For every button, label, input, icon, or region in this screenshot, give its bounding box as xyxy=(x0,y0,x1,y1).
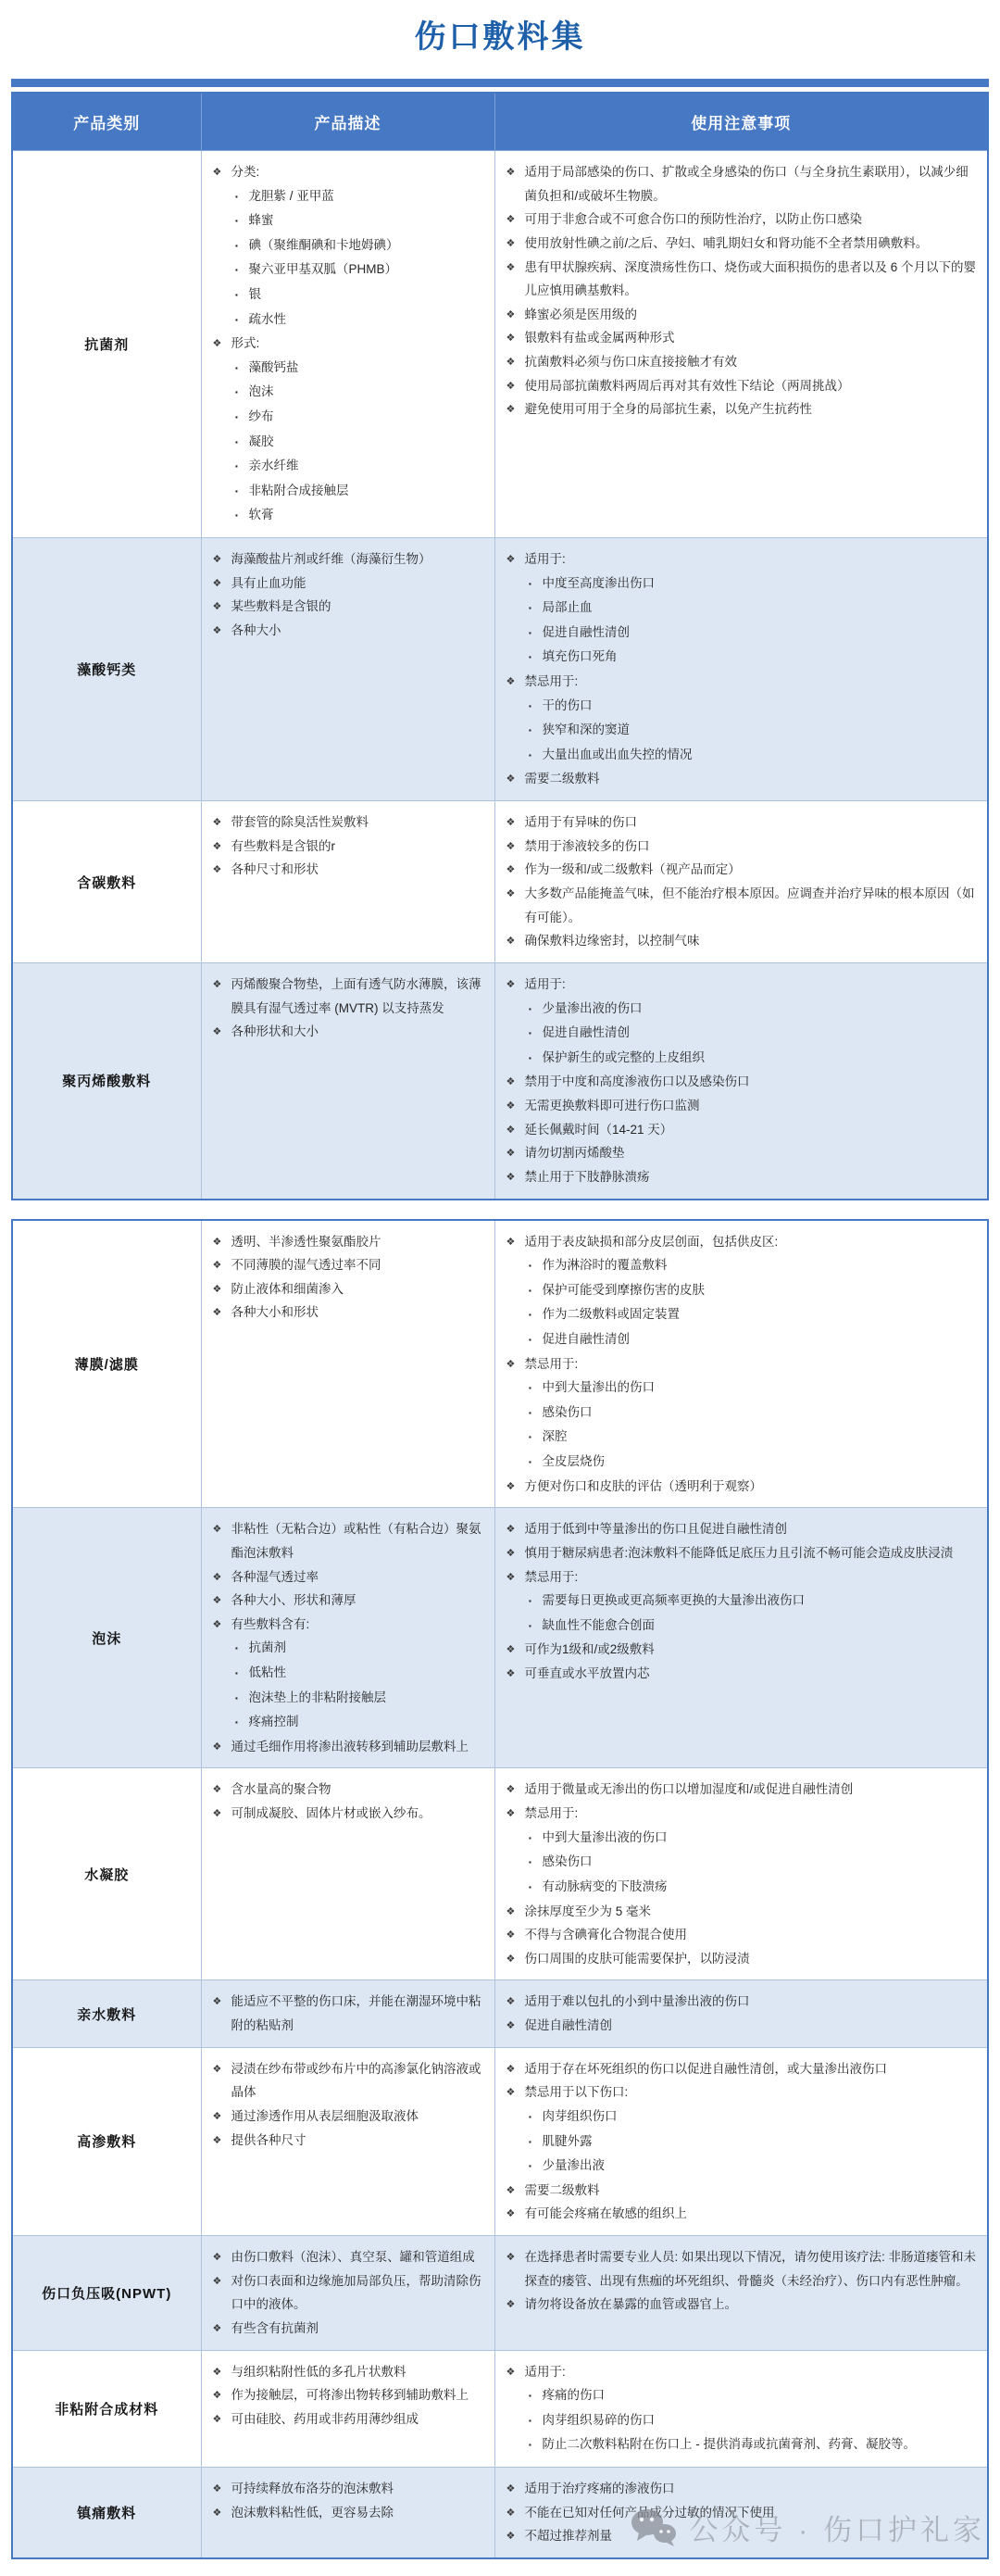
bullet-item: ·感染伤口 xyxy=(506,1401,979,1426)
bullet-item: ❖防止液体和细菌渗入 xyxy=(213,1277,485,1301)
description-cell: ❖由伤口敷料（泡沫）、真空泵、罐和管道组成❖对伤口表面和边缘施加局部负压，帮助清… xyxy=(201,2236,494,2351)
diamond-bullet-icon: ❖ xyxy=(506,1990,525,2012)
bullet-item: ·作为二级敷料或固定装置 xyxy=(506,1302,979,1327)
bullet-text: 带套管的除臭活性炭敷料 xyxy=(231,810,485,835)
bullet-item: ❖对伤口表面和边缘施加局部负压，帮助清除伤口中的液体。 xyxy=(213,2269,485,2317)
bullet-item: ❖伤口周围的皮肤可能需要保护，以防浸渍 xyxy=(506,1947,979,1971)
bullet-item: ·疼痛控制 xyxy=(213,1710,485,1735)
bullet-item: ❖大多数产品能掩盖气味，但不能治疗根本原因。应调查并治疗异味的根本原因（如有可能… xyxy=(506,882,979,929)
dot-bullet-icon: · xyxy=(235,1686,249,1711)
diamond-bullet-icon: ❖ xyxy=(506,1352,525,1375)
bullet-item: ❖形式: xyxy=(213,332,485,356)
table-row: 伤口负压吸(NPWT)❖由伤口敷料（泡沫）、真空泵、罐和管道组成❖对伤口表面和边… xyxy=(12,2236,988,2351)
table-row: 亲水敷料❖能适应不平整的伤口床，并能在潮湿环境中粘附的粘贴剂❖适用于难以包扎的小… xyxy=(12,1980,988,2047)
bullet-item: ·泡沫 xyxy=(213,380,485,405)
bullet-text: 通过毛细作用将渗出液转移到辅助层敷料上 xyxy=(231,1735,485,1759)
diamond-bullet-icon: ❖ xyxy=(506,1541,525,1564)
bullet-item: ❖禁忌用于: xyxy=(506,1565,979,1590)
dot-bullet-icon: · xyxy=(529,1589,543,1614)
bullet-item: ❖各种大小、形状和薄厚 xyxy=(213,1589,485,1613)
bullet-item: ·纱布 xyxy=(213,405,485,430)
dot-bullet-icon: · xyxy=(529,2432,543,2457)
bullet-text: 有动脉病变的下肢溃疡 xyxy=(543,1875,979,1899)
bullet-text: 填充伤口死角 xyxy=(543,645,979,669)
bullet-item: ❖方便对伤口和皮肤的评估（透明利于观察） xyxy=(506,1475,979,1499)
bullet-text: 少量渗出液 xyxy=(543,2154,979,2178)
diamond-bullet-icon: ❖ xyxy=(506,232,525,254)
bullet-item: ❖适用于治疗疼痛的渗液伤口 xyxy=(506,2477,979,2501)
bullet-text: 有些敷料含有: xyxy=(231,1613,485,1637)
bullet-text: 禁用于中度和高度渗液伤口以及感染伤口 xyxy=(525,1070,979,1094)
diamond-bullet-icon: ❖ xyxy=(213,2129,231,2151)
bullet-item: ❖避免使用可用于全身的局部抗生素，以免产生抗药性 xyxy=(506,397,979,421)
table-row: 藻酸钙类❖海藻酸盐片剂或纤维（海藻衍生物）❖具有止血功能❖某些敷料是含银的❖各种… xyxy=(12,538,988,801)
bullet-text: 缺血性不能愈合创面 xyxy=(543,1614,979,1638)
dot-bullet-icon: · xyxy=(529,1401,543,1426)
notes-cell: ❖适用于表皮缺损和部分皮层创面，包括供皮区:·作为淋浴时的覆盖敷料·保护可能受到… xyxy=(494,1220,988,1508)
diamond-bullet-icon: ❖ xyxy=(506,1565,525,1588)
header-row: 产品类别 产品描述 使用注意事项 xyxy=(12,93,988,151)
bullet-item: ❖需要二级敷料 xyxy=(506,767,979,791)
bullet-item: ·肌腱外露 xyxy=(506,2130,979,2155)
notes-cell: ❖适用于:·少量渗出液的伤口·促进自融性清创·保护新生的或完整的上皮组织❖禁用于… xyxy=(494,962,988,1199)
bullet-text: 碘（聚维酮碘和卡地姆碘） xyxy=(249,233,485,258)
page: 伤口敷料集 产品类别 产品描述 使用注意事项 抗菌剂❖分类:·龙胆紫 / 亚甲蓝… xyxy=(0,0,1000,2576)
diamond-bullet-icon: ❖ xyxy=(506,397,525,420)
dot-bullet-icon: · xyxy=(235,258,249,283)
bullet-item: ❖各种尺寸和形状 xyxy=(213,858,485,882)
bullet-item: ❖适用于微量或无渗出的伤口以增加湿度和/或促进自融性清创 xyxy=(506,1778,979,1802)
category-cell: 含碳敷料 xyxy=(12,801,201,963)
bullet-item: ❖可作为1级和/或2级敷料 xyxy=(506,1638,979,1662)
bullet-item: ·狭窄和深的窦道 xyxy=(506,718,979,743)
diamond-bullet-icon: ❖ xyxy=(506,767,525,789)
dot-bullet-icon: · xyxy=(529,694,543,719)
notes-cell: ❖适用于微量或无渗出的伤口以增加湿度和/或促进自融性清创❖禁忌用于:·中到大量渗… xyxy=(494,1768,988,1980)
bullet-text: 作为接触层，可将渗出物转移到辅助敷料上 xyxy=(231,2383,485,2407)
table-header: 产品类别 产品描述 使用注意事项 xyxy=(12,93,988,151)
bullet-text: 有可能会疼痛在敏感的组织上 xyxy=(525,2202,979,2226)
description-cell: ❖可持续释放布洛芬的泡沫敷料❖泡沫敷料粘性低，更容易去除 xyxy=(201,2468,494,2558)
category-cell: 非粘附合成材料 xyxy=(12,2350,201,2467)
diamond-bullet-icon: ❖ xyxy=(213,810,231,833)
diamond-bullet-icon: ❖ xyxy=(506,1947,525,1969)
bullet-text: 大多数产品能掩盖气味，但不能治疗根本原因。应调查并治疗异味的根本原因（如有可能）… xyxy=(525,882,979,929)
bullet-item: ·中度至高度渗出伤口 xyxy=(506,572,979,597)
dot-bullet-icon: · xyxy=(529,743,543,768)
bullet-text: 不能在已知对任何产品成分过敏的情况下使用 xyxy=(525,2501,979,2525)
diamond-bullet-icon: ❖ xyxy=(213,2105,231,2127)
header-cell-description: 产品描述 xyxy=(201,93,494,151)
dot-bullet-icon: · xyxy=(529,1327,543,1352)
bullet-item: ❖有些敷料含有: xyxy=(213,1613,485,1637)
diamond-bullet-icon: ❖ xyxy=(506,256,525,278)
bullet-text: 禁忌用于以下伤口: xyxy=(525,2080,979,2105)
bullet-item: ·保护新生的或完整的上皮组织 xyxy=(506,1046,979,1071)
dot-bullet-icon: · xyxy=(529,1253,543,1278)
bullet-text: 可垂直或水平放置内芯 xyxy=(525,1662,979,1686)
table-row: 泡沫❖非粘性（无粘合边）或粘性（有粘合边）聚氨酯泡沫敷料❖各种湿气透过率❖各种大… xyxy=(12,1508,988,1768)
bullet-text: 促进自融性清创 xyxy=(543,1021,979,1045)
dot-bullet-icon: · xyxy=(235,283,249,308)
bullet-item: ❖可垂直或水平放置内芯 xyxy=(506,1662,979,1686)
bullet-text: 全皮层烧伤 xyxy=(543,1450,979,1474)
diamond-bullet-icon: ❖ xyxy=(506,1141,525,1163)
diamond-bullet-icon: ❖ xyxy=(213,2317,231,2339)
diamond-bullet-icon: ❖ xyxy=(506,2202,525,2224)
bullet-text: 禁忌用于: xyxy=(525,1565,979,1590)
dressing-table-0: 产品类别 产品描述 使用注意事项 抗菌剂❖分类:·龙胆紫 / 亚甲蓝·蜂蜜·碘（… xyxy=(11,92,989,1200)
bullet-text: 各种大小和形状 xyxy=(231,1301,485,1325)
bullet-text: 适用于难以包扎的小到中量渗出液的伤口 xyxy=(525,1990,979,2014)
bullet-item: ·促进自融性清创 xyxy=(506,621,979,646)
bullet-text: 保护新生的或完整的上皮组织 xyxy=(543,1046,979,1070)
diamond-bullet-icon: ❖ xyxy=(506,1517,525,1539)
diamond-bullet-icon: ❖ xyxy=(213,1277,231,1300)
bullet-text: 伤口周围的皮肤可能需要保护，以防浸渍 xyxy=(525,1947,979,1971)
bullet-item: ❖分类: xyxy=(213,160,485,184)
bullet-item: ·软膏 xyxy=(213,503,485,528)
dot-bullet-icon: · xyxy=(529,2154,543,2179)
diamond-bullet-icon: ❖ xyxy=(506,835,525,857)
bullet-text: 具有止血功能 xyxy=(231,572,485,596)
bullet-text: 疼痛控制 xyxy=(249,1710,485,1734)
bullet-item: ❖可用于非愈合或不可愈合伤口的预防性治疗，以防止伤口感染 xyxy=(506,207,979,232)
bullet-item: ❖各种形状和大小 xyxy=(213,1020,485,1044)
diamond-bullet-icon: ❖ xyxy=(213,1020,231,1042)
bullet-item: ❖银敷料有盐或金属两种形式 xyxy=(506,326,979,350)
bullet-text: 请勿将设备放在暴露的血管或器官上。 xyxy=(525,2293,979,2317)
bullet-item: ❖各种大小和形状 xyxy=(213,1301,485,1325)
diamond-bullet-icon: ❖ xyxy=(506,1662,525,1684)
diamond-bullet-icon: ❖ xyxy=(213,1517,231,1539)
diamond-bullet-icon: ❖ xyxy=(506,2293,525,2315)
bullet-item: ❖禁忌用于: xyxy=(506,1352,979,1376)
bullet-text: 禁忌用于: xyxy=(525,1352,979,1376)
bullet-item: ·低粘性 xyxy=(213,1661,485,1686)
bullet-text: 适用于表皮缺损和部分皮层创面，包括供皮区: xyxy=(525,1230,979,1254)
bullet-item: ❖禁忌用于: xyxy=(506,670,979,694)
diamond-bullet-icon: ❖ xyxy=(213,1565,231,1588)
bullet-text: 不同薄膜的湿气透过率不同 xyxy=(231,1253,485,1277)
diamond-bullet-icon: ❖ xyxy=(506,350,525,372)
bullet-text: 适用于: xyxy=(525,973,979,997)
diamond-bullet-icon: ❖ xyxy=(506,973,525,995)
bullet-item: ·抗菌剂 xyxy=(213,1636,485,1661)
diamond-bullet-icon: ❖ xyxy=(506,1475,525,1497)
diamond-bullet-icon: ❖ xyxy=(213,2383,231,2406)
diamond-bullet-icon: ❖ xyxy=(213,1230,231,1252)
category-cell: 薄膜/滤膜 xyxy=(12,1220,201,1508)
bullet-text: 禁忌用于: xyxy=(525,1802,979,1826)
bullet-text: 泡沫敷料粘性低，更容易去除 xyxy=(231,2501,485,2525)
diamond-bullet-icon: ❖ xyxy=(506,882,525,904)
bullet-text: 延长佩戴时间（14-21 天） xyxy=(525,1118,979,1142)
diamond-bullet-icon: ❖ xyxy=(506,2524,525,2546)
dot-bullet-icon: · xyxy=(235,1661,249,1686)
bullet-text: 低粘性 xyxy=(249,1661,485,1685)
dot-bullet-icon: · xyxy=(529,1425,543,1450)
bullet-item: ·需要每日更换或更高频率更换的大量渗出液伤口 xyxy=(506,1589,979,1614)
notes-cell: ❖适用于局部感染的伤口、扩散或全身感染的伤口（与全身抗生素联用），以减少细菌负担… xyxy=(494,151,988,538)
bullet-text: 避免使用可用于全身的局部抗生素，以免产生抗药性 xyxy=(525,397,979,421)
bullet-text: 由伤口敷料（泡沫）、真空泵、罐和管道组成 xyxy=(231,2245,485,2269)
description-cell: ❖含水量高的聚合物❖可制成凝胶、固体片材或嵌入纱布。 xyxy=(201,1768,494,1980)
table-section-gap xyxy=(11,1200,989,1219)
bullet-text: 感染伤口 xyxy=(543,1850,979,1874)
bullet-item: ·有动脉病变的下肢溃疡 xyxy=(506,1875,979,1900)
dot-bullet-icon: · xyxy=(529,572,543,597)
bullet-item: ·促进自融性清创 xyxy=(506,1327,979,1352)
bullet-item: ·泡沫垫上的非粘附接触层 xyxy=(213,1686,485,1711)
dot-bullet-icon: · xyxy=(529,997,543,1022)
dot-bullet-icon: · xyxy=(235,454,249,479)
bullet-item: ❖不超过推荐剂量 xyxy=(506,2524,979,2548)
bullet-item: ·中到大量渗出的伤口 xyxy=(506,1376,979,1401)
table-row: 含碳敷料❖带套管的除臭活性炭敷料❖有些敷料是含银的r❖各种尺寸和形状❖适用于有异… xyxy=(12,801,988,963)
diamond-bullet-icon: ❖ xyxy=(213,1613,231,1635)
diamond-bullet-icon: ❖ xyxy=(506,2245,525,2268)
bullet-text: 某些敷料是含银的 xyxy=(231,595,485,619)
bullet-item: ❖作为接触层，可将渗出物转移到辅助敷料上 xyxy=(213,2383,485,2407)
diamond-bullet-icon: ❖ xyxy=(213,595,231,617)
bullet-text: 各种形状和大小 xyxy=(231,1020,485,1044)
bullet-item: ❖禁忌用于: xyxy=(506,1802,979,1826)
dot-bullet-icon: · xyxy=(529,645,543,670)
dot-bullet-icon: · xyxy=(235,503,249,528)
bullet-text: 各种湿气透过率 xyxy=(231,1565,485,1590)
bullet-item: ❖适用于低到中等量渗出的伤口且促进自融性清创 xyxy=(506,1517,979,1541)
bullet-text: 可持续释放布洛芬的泡沫敷料 xyxy=(231,2477,485,2501)
diamond-bullet-icon: ❖ xyxy=(506,2179,525,2201)
bullet-item: ·非粘附合成接触层 xyxy=(213,479,485,504)
dot-bullet-icon: · xyxy=(529,1875,543,1900)
bullet-item: ·干的伤口 xyxy=(506,694,979,719)
dot-bullet-icon: · xyxy=(529,596,543,621)
bullet-text: 抗菌敷料必须与伤口床直接接触才有效 xyxy=(525,350,979,374)
dot-bullet-icon: · xyxy=(235,430,249,455)
bullet-text: 禁忌用于: xyxy=(525,670,979,694)
bullet-item: ❖适用于: xyxy=(506,2360,979,2384)
bullet-text: 纱布 xyxy=(249,405,485,429)
bullet-item: ❖适用于: xyxy=(506,973,979,997)
diamond-bullet-icon: ❖ xyxy=(213,2245,231,2268)
bullet-text: 亲水纤维 xyxy=(249,454,485,478)
bullet-item: ❖丙烯酸聚合物垫，上面有透气防水薄膜，该薄膜具有湿气透过率 (MVTR) 以支持… xyxy=(213,973,485,1020)
diamond-bullet-icon: ❖ xyxy=(506,2477,525,2499)
notes-cell: ❖适用于治疗疼痛的渗液伤口❖不能在已知对任何产品成分过敏的情况下使用❖不超过推荐… xyxy=(494,2468,988,2558)
category-cell: 镇痛敷料 xyxy=(12,2468,201,2558)
dressing-table-1: 薄膜/滤膜❖透明、半渗透性聚氨酯胶片❖不同薄膜的湿气透过率不同❖防止液体和细菌渗… xyxy=(11,1219,989,2559)
bullet-item: ·缺血性不能愈合创面 xyxy=(506,1614,979,1639)
diamond-bullet-icon: ❖ xyxy=(213,1778,231,1800)
bullet-item: ❖有些含有抗菌剂 xyxy=(213,2317,485,2341)
diamond-bullet-icon: ❖ xyxy=(506,1230,525,1252)
dot-bullet-icon: · xyxy=(235,380,249,405)
dot-bullet-icon: · xyxy=(529,1450,543,1475)
bullet-text: 龙胆紫 / 亚甲蓝 xyxy=(249,184,485,208)
bullet-item: ·深腔 xyxy=(506,1425,979,1450)
diamond-bullet-icon: ❖ xyxy=(506,1638,525,1660)
bullet-item: ❖海藻酸盐片剂或纤维（海藻衍生物） xyxy=(213,547,485,572)
bullet-text: 丙烯酸聚合物垫，上面有透气防水薄膜，该薄膜具有湿气透过率 (MVTR) 以支持蒸… xyxy=(231,973,485,1020)
diamond-bullet-icon: ❖ xyxy=(506,326,525,348)
bullet-text: 方便对伤口和皮肤的评估（透明利于观察） xyxy=(525,1475,979,1499)
bullet-item: ❖适用于存在坏死组织的伤口以促进自融性清创，或大量渗出液伤口 xyxy=(506,2057,979,2081)
bullet-text: 局部止血 xyxy=(543,596,979,620)
bullet-item: ·肉芽组织伤口 xyxy=(506,2105,979,2130)
bullet-text: 患有甲状腺疾病、深度溃疡性伤口、烧伤或大面积损伤的患者以及 6 个月以下的婴儿应… xyxy=(525,256,979,303)
diamond-bullet-icon: ❖ xyxy=(213,2360,231,2382)
category-cell: 水凝胶 xyxy=(12,1768,201,1980)
bullet-item: ❖不能在已知对任何产品成分过敏的情况下使用 xyxy=(506,2501,979,2525)
table-row: 高渗敷料❖浸渍在纱布带或纱布片中的高渗氯化钠溶液或晶体❖通过渗透作用从表层细胞汲… xyxy=(12,2047,988,2235)
category-cell: 高渗敷料 xyxy=(12,2047,201,2235)
diamond-bullet-icon: ❖ xyxy=(213,2269,231,2292)
bullet-text: 疏水性 xyxy=(249,308,485,332)
header-cell-category: 产品类别 xyxy=(12,93,201,151)
diamond-bullet-icon: ❖ xyxy=(213,973,231,995)
bullet-text: 使用局部抗菌敷料两周后再对其有效性下结论（两周挑战） xyxy=(525,374,979,398)
dot-bullet-icon: · xyxy=(235,479,249,504)
bullet-item: ·填充伤口死角 xyxy=(506,645,979,670)
bullet-item: ·疼痛的伤口 xyxy=(506,2383,979,2408)
notes-cell: ❖在选择患者时需要专业人员: 如果出现以下情况，请勿使用该疗法: 非肠道瘘管和未… xyxy=(494,2236,988,2351)
description-cell: ❖非粘性（无粘合边）或粘性（有粘合边）聚氨酯泡沫敷料❖各种湿气透过率❖各种大小、… xyxy=(201,1508,494,1768)
bullet-item: ❖通过渗透作用从表层细胞汲取液体 xyxy=(213,2105,485,2129)
bullet-text: 适用于治疗疼痛的渗液伤口 xyxy=(525,2477,979,2501)
category-cell: 亲水敷料 xyxy=(12,1980,201,2047)
dot-bullet-icon: · xyxy=(529,1826,543,1851)
bullet-text: 适用于有异味的伤口 xyxy=(525,810,979,835)
bullet-item: ❖禁止用于下肢静脉溃疡 xyxy=(506,1165,979,1189)
description-cell: ❖带套管的除臭活性炭敷料❖有些敷料是含银的r❖各种尺寸和形状 xyxy=(201,801,494,963)
bullet-text: 中到大量渗出的伤口 xyxy=(543,1376,979,1400)
bullet-text: 非粘附合成接触层 xyxy=(249,479,485,503)
notes-cell: ❖适用于低到中等量渗出的伤口且促进自融性清创❖慎用于糖尿病患者:泡沫敷料不能降低… xyxy=(494,1508,988,1768)
bullet-text: 抗菌剂 xyxy=(249,1636,485,1660)
bullet-item: ·全皮层烧伤 xyxy=(506,1450,979,1475)
bullet-item: ❖抗菌敷料必须与伤口床直接接触才有效 xyxy=(506,350,979,374)
bullet-item: ❖不同薄膜的湿气透过率不同 xyxy=(213,1253,485,1277)
diamond-bullet-icon: ❖ xyxy=(506,1900,525,1922)
bullet-text: 使用放射性碘之前/之后、孕妇、哺乳期妇女和肾功能不全者禁用碘敷料。 xyxy=(525,232,979,256)
bullet-item: ❖某些敷料是含银的 xyxy=(213,595,485,619)
bullet-text: 请勿切割丙烯酸垫 xyxy=(525,1141,979,1165)
bullet-text: 泡沫垫上的非粘附接触层 xyxy=(249,1686,485,1710)
notes-cell: ❖适用于:·中度至高度渗出伤口·局部止血·促进自融性清创·填充伤口死角❖禁忌用于… xyxy=(494,538,988,801)
description-cell: ❖透明、半渗透性聚氨酯胶片❖不同薄膜的湿气透过率不同❖防止液体和细菌渗入❖各种大… xyxy=(201,1220,494,1508)
diamond-bullet-icon: ❖ xyxy=(506,810,525,833)
bullet-text: 禁止用于下肢静脉溃疡 xyxy=(525,1165,979,1189)
bullet-text: 在选择患者时需要专业人员: 如果出现以下情况，请勿使用该疗法: 非肠道瘘管和未探… xyxy=(525,2245,979,2293)
diamond-bullet-icon: ❖ xyxy=(213,1253,231,1275)
bullet-text: 需要二级敷料 xyxy=(525,767,979,791)
diamond-bullet-icon: ❖ xyxy=(213,1301,231,1323)
bullet-text: 形式: xyxy=(231,332,485,356)
notes-cell: ❖适用于难以包扎的小到中量渗出液的伤口❖促进自融性清创 xyxy=(494,1980,988,2047)
dot-bullet-icon: · xyxy=(235,308,249,333)
bullet-text: 适用于微量或无渗出的伤口以增加湿度和/或促进自融性清创 xyxy=(525,1778,979,1802)
bullet-item: ·藻酸钙盐 xyxy=(213,356,485,381)
bullet-item: ·龙胆紫 / 亚甲蓝 xyxy=(213,184,485,209)
diamond-bullet-icon: ❖ xyxy=(213,2477,231,2499)
bullet-item: ❖可由硅胶、药用或非药用薄纱组成 xyxy=(213,2407,485,2431)
bullet-text: 中到大量渗出液的伤口 xyxy=(543,1826,979,1850)
bullet-item: ·聚六亚甲基双胍（PHMB） xyxy=(213,258,485,283)
table-row: 抗菌剂❖分类:·龙胆紫 / 亚甲蓝·蜂蜜·碘（聚维酮碘和卡地姆碘）·聚六亚甲基双… xyxy=(12,151,988,538)
bullet-text: 促进自融性清创 xyxy=(543,1327,979,1351)
diamond-bullet-icon: ❖ xyxy=(213,572,231,594)
bullet-text: 藻酸钙盐 xyxy=(249,356,485,380)
bullet-text: 有些含有抗菌剂 xyxy=(231,2317,485,2341)
bullet-text: 适用于低到中等量渗出的伤口且促进自融性清创 xyxy=(525,1517,979,1541)
diamond-bullet-icon: ❖ xyxy=(506,160,525,182)
bullet-text: 通过渗透作用从表层细胞汲取液体 xyxy=(231,2105,485,2129)
bullet-item: ·大量出血或出血失控的情况 xyxy=(506,743,979,768)
diamond-bullet-icon: ❖ xyxy=(506,2014,525,2036)
bullet-text: 提供各种尺寸 xyxy=(231,2129,485,2153)
description-cell: ❖与组织粘附性低的多孔片状敷料❖作为接触层，可将渗出物转移到辅助敷料上❖可由硅胶… xyxy=(201,2350,494,2467)
dot-bullet-icon: · xyxy=(529,2105,543,2130)
diamond-bullet-icon: ❖ xyxy=(506,1165,525,1187)
bullet-item: ❖使用放射性碘之前/之后、孕妇、哺乳期妇女和肾功能不全者禁用碘敷料。 xyxy=(506,232,979,256)
bullet-text: 蜂蜜必须是医用级的 xyxy=(525,303,979,327)
dot-bullet-icon: · xyxy=(529,2130,543,2155)
bullet-text: 浸渍在纱布带或纱布片中的高渗氯化钠溶液或晶体 xyxy=(231,2057,485,2105)
bullet-text: 含水量高的聚合物 xyxy=(231,1778,485,1802)
bullet-text: 海藻酸盐片剂或纤维（海藻衍生物） xyxy=(231,547,485,572)
bullet-item: ·肉芽组织易碎的伤口 xyxy=(506,2408,979,2433)
dot-bullet-icon: · xyxy=(529,1046,543,1071)
bullet-item: ❖各种湿气透过率 xyxy=(213,1565,485,1590)
description-cell: ❖丙烯酸聚合物垫，上面有透气防水薄膜，该薄膜具有湿气透过率 (MVTR) 以支持… xyxy=(201,962,494,1199)
bullet-text: 防止液体和细菌渗入 xyxy=(231,1277,485,1301)
bullet-text: 肌腱外露 xyxy=(543,2130,979,2154)
table-row: 镇痛敷料❖可持续释放布洛芬的泡沫敷料❖泡沫敷料粘性低，更容易去除❖适用于治疗疼痛… xyxy=(12,2468,988,2558)
diamond-bullet-icon: ❖ xyxy=(506,1118,525,1140)
bullet-text: 肉芽组织伤口 xyxy=(543,2105,979,2129)
diamond-bullet-icon: ❖ xyxy=(506,1070,525,1092)
category-cell: 伤口负压吸(NPWT) xyxy=(12,2236,201,2351)
dot-bullet-icon: · xyxy=(529,2383,543,2408)
bullet-item: ❖禁忌用于以下伤口: xyxy=(506,2080,979,2105)
diamond-bullet-icon: ❖ xyxy=(213,2057,231,2080)
bullet-item: ·凝胶 xyxy=(213,430,485,455)
bullet-text: 可由硅胶、药用或非药用薄纱组成 xyxy=(231,2407,485,2431)
bullet-item: ❖适用于难以包扎的小到中量渗出液的伤口 xyxy=(506,1990,979,2014)
bullet-item: ❖适用于有异味的伤口 xyxy=(506,810,979,835)
bullet-item: ❖请勿将设备放在暴露的血管或器官上。 xyxy=(506,2293,979,2317)
bullet-text: 需要每日更换或更高频率更换的大量渗出液伤口 xyxy=(543,1589,979,1613)
dot-bullet-icon: · xyxy=(235,233,249,258)
table-top-strip xyxy=(11,79,989,87)
bullet-item: ❖使用局部抗菌敷料两周后再对其有效性下结论（两周挑战） xyxy=(506,374,979,398)
bullet-text: 需要二级敷料 xyxy=(525,2179,979,2203)
bullet-item: ·中到大量渗出液的伤口 xyxy=(506,1826,979,1851)
notes-cell: ❖适用于存在坏死组织的伤口以促进自融性清创，或大量渗出液伤口❖禁忌用于以下伤口:… xyxy=(494,2047,988,2235)
bullet-item: ❖透明、半渗透性聚氨酯胶片 xyxy=(213,1230,485,1254)
bullet-text: 慎用于糖尿病患者:泡沫敷料不能降低足底压力且引流不畅可能会造成皮肤浸渍 xyxy=(525,1541,979,1565)
dot-bullet-icon: · xyxy=(235,208,249,233)
bullet-text: 禁用于渗液较多的伤口 xyxy=(525,835,979,859)
bullet-text: 疼痛的伤口 xyxy=(543,2383,979,2407)
dot-bullet-icon: · xyxy=(235,356,249,381)
bullet-text: 少量渗出液的伤口 xyxy=(543,997,979,1021)
bullet-item: ·少量渗出液 xyxy=(506,2154,979,2179)
bullet-text: 各种大小 xyxy=(231,619,485,643)
bullet-item: ❖可持续释放布洛芬的泡沫敷料 xyxy=(213,2477,485,2501)
